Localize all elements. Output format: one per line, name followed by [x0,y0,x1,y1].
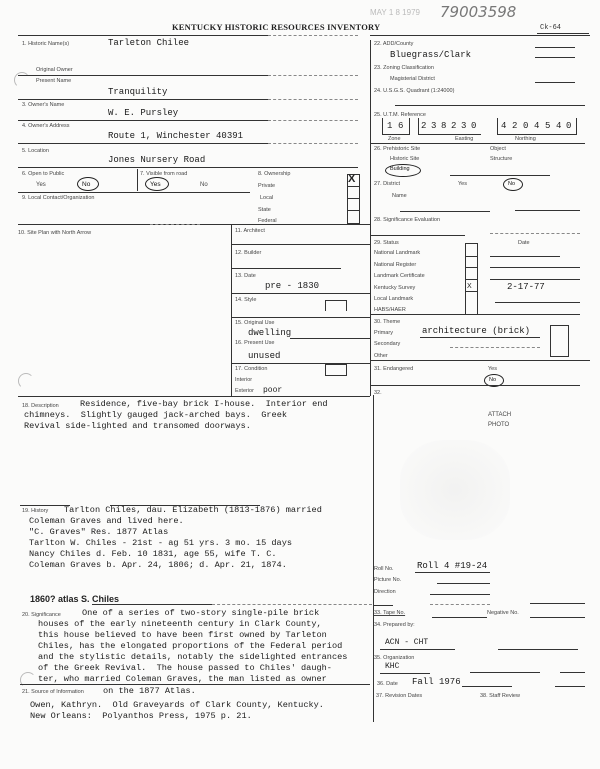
open-to-public-no[interactable]: No [82,181,90,188]
description-line-2: chimneys. Slightly gauged jack-arched ba… [24,410,287,421]
date-label: 13. Date [235,273,256,279]
site-number: Ck-64 [540,24,561,32]
direction-label: Direction [374,589,396,595]
location-label: 5. Location [22,148,49,154]
site-type-historic[interactable]: Historic Site [390,156,419,162]
present-name-label: Present Name [36,78,71,84]
local-contact-label: 9. Local Contact/Organization [22,195,94,201]
history-line-1: Tarlton Chiles, dau. Elizabeth (1813-187… [64,505,322,516]
status-row-national-landmark: National Landmark [374,250,420,256]
significance-label: 20. Significance [22,612,61,618]
photo-bleedthrough [400,440,510,540]
district-yes[interactable]: Yes [458,181,467,187]
original-use-value[interactable]: dwelling [248,328,291,338]
theme-primary-label: Primary [374,330,393,336]
endangered-label: 31. Endangered [374,366,413,372]
open-to-public-label: 6. Open to Public [22,171,64,177]
prepared-by-label: 34. Prepared by: [374,622,415,628]
site-plan-area [18,238,228,393]
utm-easting-label: Easting [455,136,473,142]
history-line-6: Coleman Graves b. Apr. 24, 1806; d. Apr.… [29,560,287,571]
site-type-structure[interactable]: Structure [490,156,512,162]
site-plan-label: 10. Site Plan with North Arrow [18,230,91,236]
owners-address-label: 4. Owner's Address [22,123,70,129]
present-use-value[interactable]: unused [248,351,280,361]
theme-secondary-label: Secondary [374,341,400,347]
present-name-value[interactable]: Tranquility [108,87,167,97]
endangered-yes[interactable]: Yes [488,366,497,372]
significance-line-4: Chiles, has the elongated proportions of… [38,641,342,652]
utm-zone-boxes[interactable]: 1 6 [382,118,410,135]
negative-no-label: Negative No. [487,610,519,616]
district-label: 27. District [374,181,400,187]
owners-name-label: 3. Owner's Name [22,102,64,108]
history-line-3: "C. Graves" Res. 1877 Atlas [29,527,168,538]
utm-northing-boxes[interactable]: 4 2 0 4 5 4 0 [497,118,577,135]
historic-name-label: 1. Historic Name(s) [22,41,69,47]
history-line-5: Nancy Chiles d. Feb. 10 1831, age 55, wi… [29,549,277,560]
add-county-value[interactable]: Bluegrass/Clark [390,50,471,60]
sources-line-1: Owen, Kathryn. Old Graveyards of Clark C… [30,700,324,711]
zoning-label: 23. Zoning Classification [374,65,434,71]
ownership-check-mark: X [348,173,355,185]
status-row-landmark-certificate: Landmark Certificate [374,273,425,279]
utm-zone-label: Zone [388,136,401,142]
organization-value[interactable]: KHC [385,662,399,671]
prepared-by-value[interactable]: ACN - CHT [385,638,428,647]
condition-label: 17. Condition [235,366,267,372]
handwritten-reference-number: 79003598 [440,3,516,21]
magisterial-district-label: Magisterial District [390,76,435,82]
roll-no-value[interactable]: Roll 4 #19-24 [417,561,487,571]
add-county-label: 22. ADD/County [374,41,413,47]
style-label: 14. Style [235,297,256,303]
revision-dates-label: 37. Revision Dates [376,693,422,699]
builder-label: 12. Builder [235,250,261,256]
form-title: KENTUCKY HISTORIC RESOURCES INVENTORY [172,22,380,32]
significance-line-8: on the 1877 Atlas. [103,686,196,697]
organization-label: 35. Organization [374,655,414,661]
significance-line-6: of the Greek Revival. The house passed t… [38,663,332,674]
owners-address-value[interactable]: Route 1, Winchester 40391 [108,131,243,141]
history-label: 19. History [22,508,48,514]
significance-line-5: and the stylistic details, notably the s… [38,652,347,663]
visible-from-road-yes[interactable]: Yes [150,181,161,188]
endangered-no[interactable]: No [489,377,496,383]
significance-evaluation-label: 28. Significance Evaluation [374,217,440,223]
punch-hole-icon [18,373,34,389]
sources-line-2: New Orleans: Polyanthos Press, 1975 p. 2… [30,711,252,722]
theme-label: 30. Theme [374,319,400,325]
significance-line-2: houses of the early nineteenth century i… [38,619,322,630]
status-row-kentucky-survey: Kentucky Survey [374,285,415,291]
attach-text: ATTACH [488,412,511,418]
ownership-label: 8. Ownership [258,171,290,177]
utm-northing-label: Northing [515,136,536,142]
photo-label: 32. [374,390,382,396]
site-type-object[interactable]: Object [490,146,506,152]
original-use-label: 15. Original Use [235,320,274,326]
history-note: 1860? atlas S. Chiles [30,594,119,604]
utm-easting-boxes[interactable]: 2 3 8 2 3 0 [418,118,481,135]
condition-exterior-label: Exterior [235,388,254,394]
status-row-national-register: National Register [374,262,416,268]
theme-primary-value[interactable]: architecture (brick) [422,326,530,336]
original-owner-label: Original Owner [36,67,73,73]
description-line-3: Revival side-lighted and transomed doorw… [24,421,251,432]
kentucky-survey-date[interactable]: 2-17-77 [507,282,545,292]
staff-review-label: 38. Staff Review [480,693,520,699]
usgs-quadrant-label: 24. U.S.G.S. Quadrant (1:24000) [374,88,454,94]
status-label: 29. Status [374,240,399,246]
history-line-4: Tarlton W. Chiles - 21st - ag 51 yrs. 3 … [29,538,292,549]
visible-from-road-label: 7. Visible from road [140,171,187,177]
status-row-habs-haer: HABS/HAER [374,307,406,313]
site-type-building[interactable]: Building [390,166,410,172]
history-line-2: Coleman Graves and lived here. [29,516,184,527]
ownership-option-private[interactable]: Private [258,183,275,189]
ownership-option-state[interactable]: State [258,207,271,213]
picture-no-label: Picture No. [374,577,401,583]
theme-code-box[interactable] [550,325,569,357]
status-row-local-landmark: Local Landmark [374,296,413,302]
roll-no-label: Roll No. [374,566,394,572]
punch-hole-icon [14,72,30,88]
prep-date-label: 36. Date [377,681,398,687]
ownership-option-local[interactable]: Local [260,195,273,201]
location-value[interactable]: Jones Nursery Road [108,155,205,165]
status-date-label: Date [518,240,530,246]
district-no[interactable]: No [508,181,515,187]
open-to-public-yes[interactable]: Yes [36,182,46,188]
theme-other-label: Other [374,353,388,359]
present-use-label: 16. Present Use [235,340,274,346]
condition-code-box[interactable] [325,364,347,376]
condition-interior-label: Interior [235,377,252,383]
condition-exterior-value[interactable]: poor [263,386,282,395]
architect-label: 11. Architect [235,228,265,234]
photo-text: PHOTO [488,422,509,428]
prehistoric-site-label: 26. Prehistoric Site [374,146,420,152]
visible-from-road-no[interactable]: No [200,182,208,188]
sources-label: 21. Source of Information [22,689,84,695]
received-stamp: MAY 1 8 1979 [370,8,420,17]
kentucky-survey-mark: X [467,283,472,290]
owners-name-value[interactable]: W. E. Pursley [108,108,178,118]
tape-no-label: 33. Tape No. [374,610,405,616]
district-name-label: Name [392,193,407,199]
significance-line-3: this house believed to have been first o… [38,630,327,641]
prep-date-value[interactable]: Fall 1976 [412,677,461,687]
description-line-1: Residence, five-bay brick I-house. Inter… [80,399,328,410]
significance-line-1: One of a series of two-story single-pile… [82,608,319,619]
historic-name-value[interactable]: Tarleton Chilee [108,38,189,48]
date-value[interactable]: pre - 1830 [265,281,319,291]
style-code-box[interactable] [325,300,347,311]
description-label: 18. Description [22,403,59,409]
punch-hole-icon [20,672,36,688]
